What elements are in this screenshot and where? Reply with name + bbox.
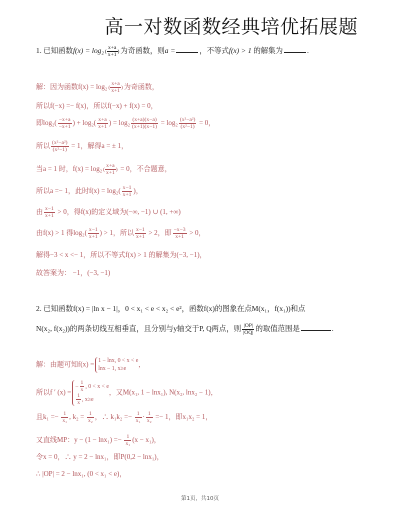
solution-1-line-6: 所以a =− 1，此时f(x) = log₂(x−1x+1)，	[36, 185, 143, 198]
solution-2-line-1: 解：由题可知f(x) =1 − lnx, 0 < x < elnx − 1, x…	[36, 357, 145, 373]
fraction: (x+ax+1)	[105, 45, 120, 58]
solution-1-line-2: 所以f(−x) =− f(x)，所以f(−x) + f(x) = 0，	[36, 101, 158, 111]
solution-1-answer: 故答案为： −1，(−3, −1)	[36, 268, 110, 278]
solution-1-line-1: 解：因为函数f(x) = log₂(x+ax+1)为奇函数，	[36, 81, 159, 94]
answer-blank-2	[284, 52, 306, 53]
solution-1-line-5: 当a = 1 时，f(x) = log₂(x+ax+1) = 0，不合题意，	[36, 163, 172, 176]
solution-1-line-8: 由f(x) > 1 得log₂(x−1x+1) > 1，所以x−1x+1 > 2…	[36, 227, 206, 240]
solution-1-line-9: 解得−3 < x <− 1，所以不等式f(x) > 1 的解集为(−3, −1)…	[36, 250, 207, 260]
piecewise-brace: −1x, 0 < x < e1x, x≥e	[72, 380, 109, 406]
page-footer: 第1页，共10页	[0, 494, 400, 502]
solution-2-line-4: 又直线MP：y − (1 − lnx₁) =− 1x₁(x − x₁)，	[36, 434, 161, 447]
solution-1-line-7: 由x−1x+1 > 0，得f(x)的定义域为(−∞, −1) ∪ (1, +∞)	[36, 206, 181, 219]
problem-1-question: 1. 已知函数f(x) = log₂(x+ax+1)为奇函数，则a =，不等式f…	[36, 45, 309, 58]
problem-2-question-line-2: N(x₂, f(x₂))的两条切线互相垂直，且分别与y轴交于P, Q两点，则|O…	[36, 323, 334, 336]
piecewise-brace: 1 − lnx, 0 < x < elnx − 1, x≥e	[95, 357, 138, 373]
solution-1-line-3: 即log₂(−x+a−x+1) + log₂(x+ax+1) = log₂(x+…	[36, 117, 215, 130]
solution-2-line-6: ∴ |OP| = 2 − lnx₁, (0 < x₁ < e)，	[36, 469, 126, 479]
solution-2-line-3: 且k₁ =− 1x₁, k₂ = 1x₂，∴ k₁k₂ =− 1x₁·1x₂ =…	[36, 411, 212, 424]
solution-2-line-5: 令x = 0，∴ y = 2 − lnx₁，即P(0,2 − lnx₁)，	[36, 452, 164, 462]
solution-1-line-4: 所以(x²−a²)(x²−1) = 1，解得a = ± 1，	[36, 140, 128, 153]
problem-2-question-line-1: 2. 已知函数f(x) = |ln x − 1|，0 < x₁ < e < x₂…	[36, 303, 305, 314]
solution-2-line-2: 所以f ′ (x) =−1x, 0 < x < e1x, x≥e，又M(x₁, …	[36, 380, 218, 406]
document-title: 高一对数函数经典培优拓展题	[0, 12, 400, 39]
answer-blank-1	[176, 52, 198, 53]
answer-blank-3	[301, 330, 331, 331]
